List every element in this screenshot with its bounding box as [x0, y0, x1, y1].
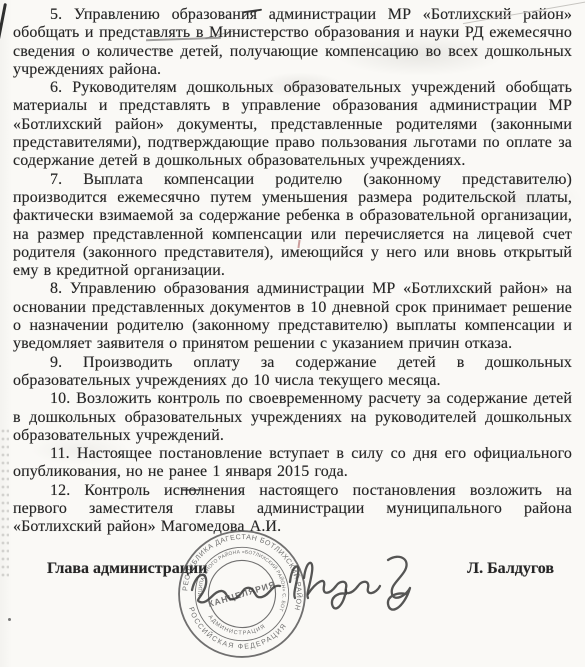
handwritten-signature [150, 538, 420, 628]
signature-letters-stroke [308, 581, 380, 594]
paragraph-11: 11. Настоящее постановление вступает в с… [13, 445, 572, 482]
signatory-name: Л. Балдугов [467, 560, 572, 578]
paragraph-7: 7. Выплата компенсации родителю (законно… [13, 171, 572, 281]
paragraph-5: 5. Управлению образования администрации … [13, 6, 572, 79]
handwritten-note-stroke [192, 575, 280, 603]
document-body: 5. Управлению образования администрации … [13, 6, 572, 537]
signature-descender-stroke [332, 590, 346, 608]
scanned-document-page: 5. Управлению образования администрации … [0, 0, 585, 667]
paragraph-8: 8. Управлению образования администрации … [13, 280, 572, 353]
paragraph-9: 9. Производить оплату за содержание дете… [13, 354, 572, 391]
signature-flourish-stroke [388, 557, 410, 610]
paragraph-10: 10. Возложить контроль по своевременному… [13, 390, 572, 445]
scan-edge-speckles [0, 428, 9, 578]
paragraph-6: 6. Руководителям дошкольных образователь… [13, 79, 572, 170]
scan-corner-fold-line [0, 3, 6, 60]
scan-speck-dot [8, 618, 11, 621]
